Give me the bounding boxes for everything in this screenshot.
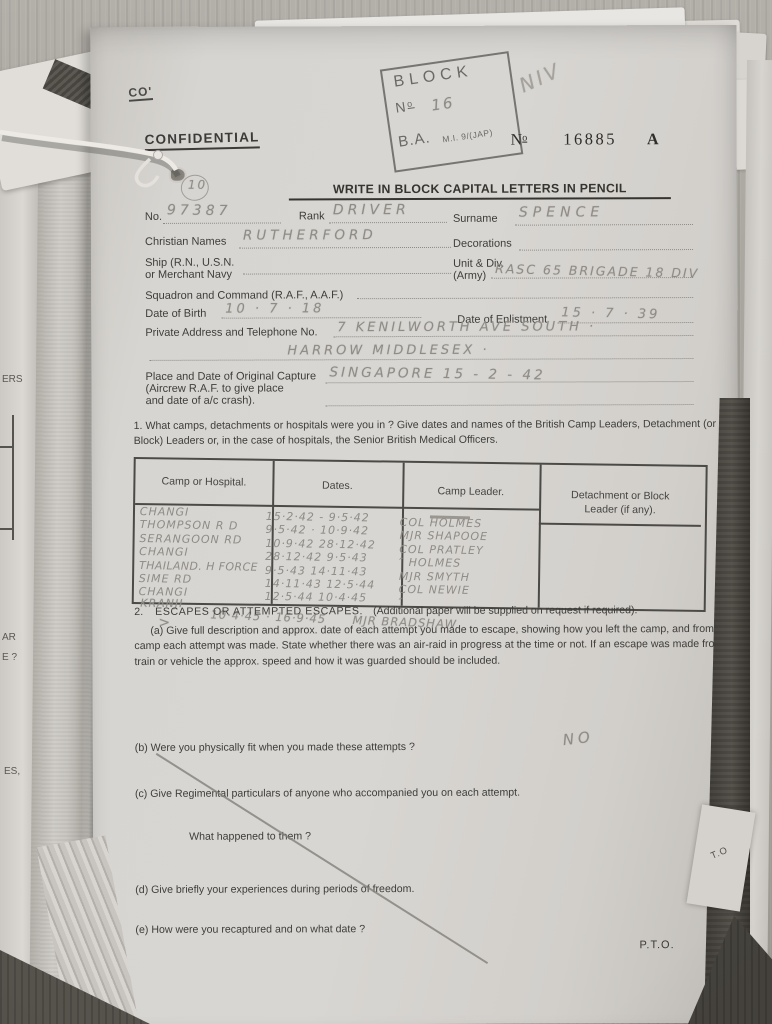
table-border-fragment xyxy=(0,446,14,448)
left-edge-text-fragment: E ? xyxy=(2,652,17,663)
page-title: WRITE IN BLOCK CAPITAL LETTERS IN PENCIL xyxy=(289,181,671,200)
right-edge-text-fragment: T.O xyxy=(709,845,730,862)
section-2-number: 2. xyxy=(134,606,143,618)
left-edge-text-fragment: AR xyxy=(2,632,16,643)
christian-names-value: RUTHERFORD xyxy=(243,227,377,243)
question-2e: (e) How were you recaptured and on what … xyxy=(135,922,365,938)
camp-value: SIME RD xyxy=(139,572,192,586)
rank-value: DRIVER xyxy=(333,202,410,218)
address-value: HARROW MIDDLESEX · xyxy=(287,343,489,359)
stamp-dept: M.I. 9/(JAP) xyxy=(442,127,494,144)
section-2-heading: 2.ESCAPES OR ATTEMPTED ESCAPES.(Addition… xyxy=(134,603,746,620)
photo-of-pow-questionnaire: full ERS AR E ? ES, CO' CONFIDENTIAL BLO… xyxy=(0,0,772,1024)
decorations-label: Decorations xyxy=(453,238,512,250)
question-2a: (a) Give full description and approx. da… xyxy=(134,622,746,670)
question-1: 1. What camps, detachments or hospitals … xyxy=(134,417,740,450)
dotted-line xyxy=(333,335,693,337)
rank-label: Rank xyxy=(299,210,325,222)
cover-sheet-text-fragment: CO' xyxy=(128,84,153,102)
unit-div-label: (Army) xyxy=(453,270,486,282)
date-of-birth-label: Date of Birth xyxy=(145,308,206,320)
dates-value: 12·5·44 10·4·45 xyxy=(264,590,367,605)
stamp-word: BLOCK xyxy=(393,63,474,92)
camp-value: THOMPSON R D xyxy=(140,518,239,532)
surname-value: SPENCE xyxy=(519,204,604,220)
dotted-line xyxy=(326,381,694,383)
address-label: Private Address and Telephone No. xyxy=(145,326,317,339)
dotted-line xyxy=(519,249,693,251)
left-edge-text-fragment: ES, xyxy=(4,766,20,777)
table-header-dates: Dates. xyxy=(272,479,402,495)
camp-value: CHANGI xyxy=(140,505,190,519)
dotted-line xyxy=(329,222,447,223)
camp-value: CHANGI xyxy=(139,545,189,559)
question-2b: (b) Were you physically fit when you mad… xyxy=(135,740,415,756)
table-header-leader: Camp Leader. xyxy=(402,485,539,501)
squadron-label: Squadron and Command (R.A.F., A.A.F.) xyxy=(145,289,343,302)
question-2c-followup: What happened to them ? xyxy=(189,829,311,845)
dotted-line xyxy=(326,404,694,406)
serial-number: No16885A xyxy=(511,129,659,150)
dotted-line xyxy=(357,297,693,299)
block-number-stamp: BLOCK No 16 B.A. M.I. 9/(JAP) xyxy=(380,51,524,172)
dotted-line xyxy=(515,224,693,226)
table-header-camp: Camp or Hospital. xyxy=(135,475,272,491)
date-of-birth-value: 10 · 7 · 18 xyxy=(225,301,324,316)
pencil-scribble: NIV xyxy=(515,58,565,98)
table-border-fragment xyxy=(12,415,14,540)
left-edge-text-fragment: ERS xyxy=(2,374,23,385)
answer-2b: NO xyxy=(562,728,595,749)
dotted-line xyxy=(243,273,451,275)
capture-value: SINGAPORE 15 - 2 - 42 xyxy=(329,364,545,383)
address-value: 7 KENILWORTH AVE SOUTH · xyxy=(337,319,596,335)
stamp-org: B.A. xyxy=(397,129,431,150)
capture-label: and date of a/c crash). xyxy=(146,395,255,407)
capture-label: Place and Date of Original Capture xyxy=(145,370,316,383)
section-2-note: (Additional paper will be supplied on re… xyxy=(373,604,637,617)
stamp-no-label: No xyxy=(394,97,415,116)
section-2-title: ESCAPES OR ATTEMPTED ESCAPES. xyxy=(155,605,363,618)
table-border-fragment xyxy=(0,528,14,530)
stamp-block-number: 16 xyxy=(430,93,455,114)
capture-label: (Aircrew R.A.F. to give place xyxy=(146,382,284,394)
binding-string xyxy=(0,110,260,260)
dotted-line xyxy=(149,358,693,361)
surname-label: Surname xyxy=(453,213,498,225)
ship-label: or Merchant Navy xyxy=(145,269,232,281)
dotted-line xyxy=(239,247,451,249)
page-turn-over-note: P.T.O. xyxy=(639,939,674,951)
question-2c: (c) Give Regimental particulars of anyon… xyxy=(135,786,520,803)
dotted-line xyxy=(221,317,421,319)
